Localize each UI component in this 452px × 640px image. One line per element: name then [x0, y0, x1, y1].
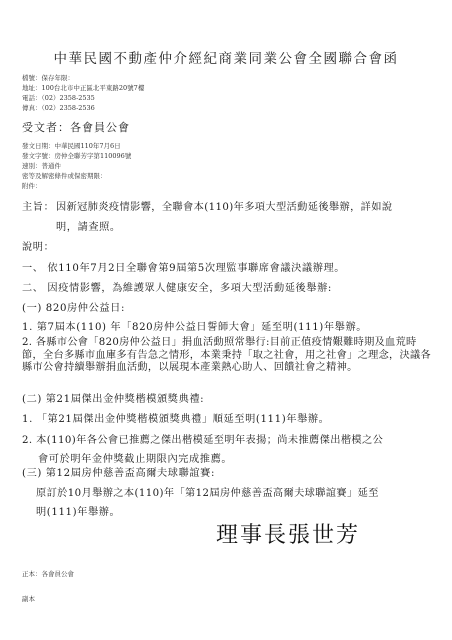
- fax: 傳真：（02）2358-2536: [22, 103, 95, 113]
- secrecy-level: 密等及解密條件或保密期限：: [22, 171, 107, 181]
- delivery-speed: 速別：普通件: [22, 161, 61, 171]
- original-recipients: 正本：各會員公會: [22, 569, 74, 578]
- subject-label: 主旨：: [22, 198, 54, 213]
- document-number: 發文字號：房仲全聯芳字第110096號: [22, 151, 131, 161]
- explanation-item-2: 二、 因疫情影響，為維護眾人健康安全，多項大型活動延後舉辦:: [22, 279, 332, 294]
- explanation-label: 說明：: [22, 238, 54, 253]
- section-1-point-1: 1. 第7屆本(110) 年「820房仲公益日誓師大會」延至明(111)年舉辦。: [22, 318, 367, 333]
- archive-info: 檔號：保存年限：: [22, 73, 74, 83]
- phone: 電話：（02）2358-2535: [22, 93, 95, 103]
- section-2-heading: (二) 第21屆傑出金仲獎楷模頒獎典禮:: [22, 390, 204, 405]
- section-3-heading: (三) 第12屆房仲慈善盃高爾夫球聯誼賽:: [22, 464, 215, 479]
- attachment: 附件：: [22, 181, 42, 191]
- address: 地址：100台北市中正區北平東路20號7樓: [22, 83, 144, 93]
- section-3-line-1: 原訂於10月舉辦之本(110)年「第12屆房仲慈善盃高爾夫球聯誼賽」延至: [36, 484, 379, 499]
- section-3-line-2: 明(111)年舉辦。: [36, 503, 120, 518]
- section-2-point-1: 1. 「第21屆傑出金仲獎楷模頒獎典禮」順延至明(111)年舉辦。: [22, 410, 329, 425]
- section-1-point-2: 2. 各縣市公會「820房仲公益日」捐血活動照常舉行:目前正值疫情艱難時期及血荒…: [22, 337, 436, 375]
- subject-line-1: 因新冠肺炎疫情影響，全聯會本(110)年多項大型活動延後舉辦，詳如說: [56, 198, 392, 213]
- recipient: 受文者：各會員公會: [22, 119, 130, 135]
- section-1-heading: (一) 820房仲公益日:: [22, 299, 125, 314]
- chairman-signature: 理事長張世芳: [216, 518, 360, 549]
- letterhead-title: 中華民國不動產仲介經紀商業同業公會全國聯合會函: [0, 47, 452, 67]
- copy-recipients: 副本: [22, 594, 35, 603]
- section-2-point-2-line-1: 2. 本(110)年各公會已推薦之傑出楷模延至明年表揚；尚未推薦傑出楷模之公: [22, 431, 383, 446]
- explanation-item-1: 一、 依110年7月2日全聯會第9屆第5次理監事聯席會議決議辦理。: [22, 259, 345, 274]
- issue-date: 發文日期：中華民國110年7月6日: [22, 141, 121, 151]
- subject-line-2: 明，請查照。: [56, 218, 121, 233]
- section-2-point-2-line-2: 會可於明年金仲獎截止期限內完成推薦。: [38, 450, 232, 465]
